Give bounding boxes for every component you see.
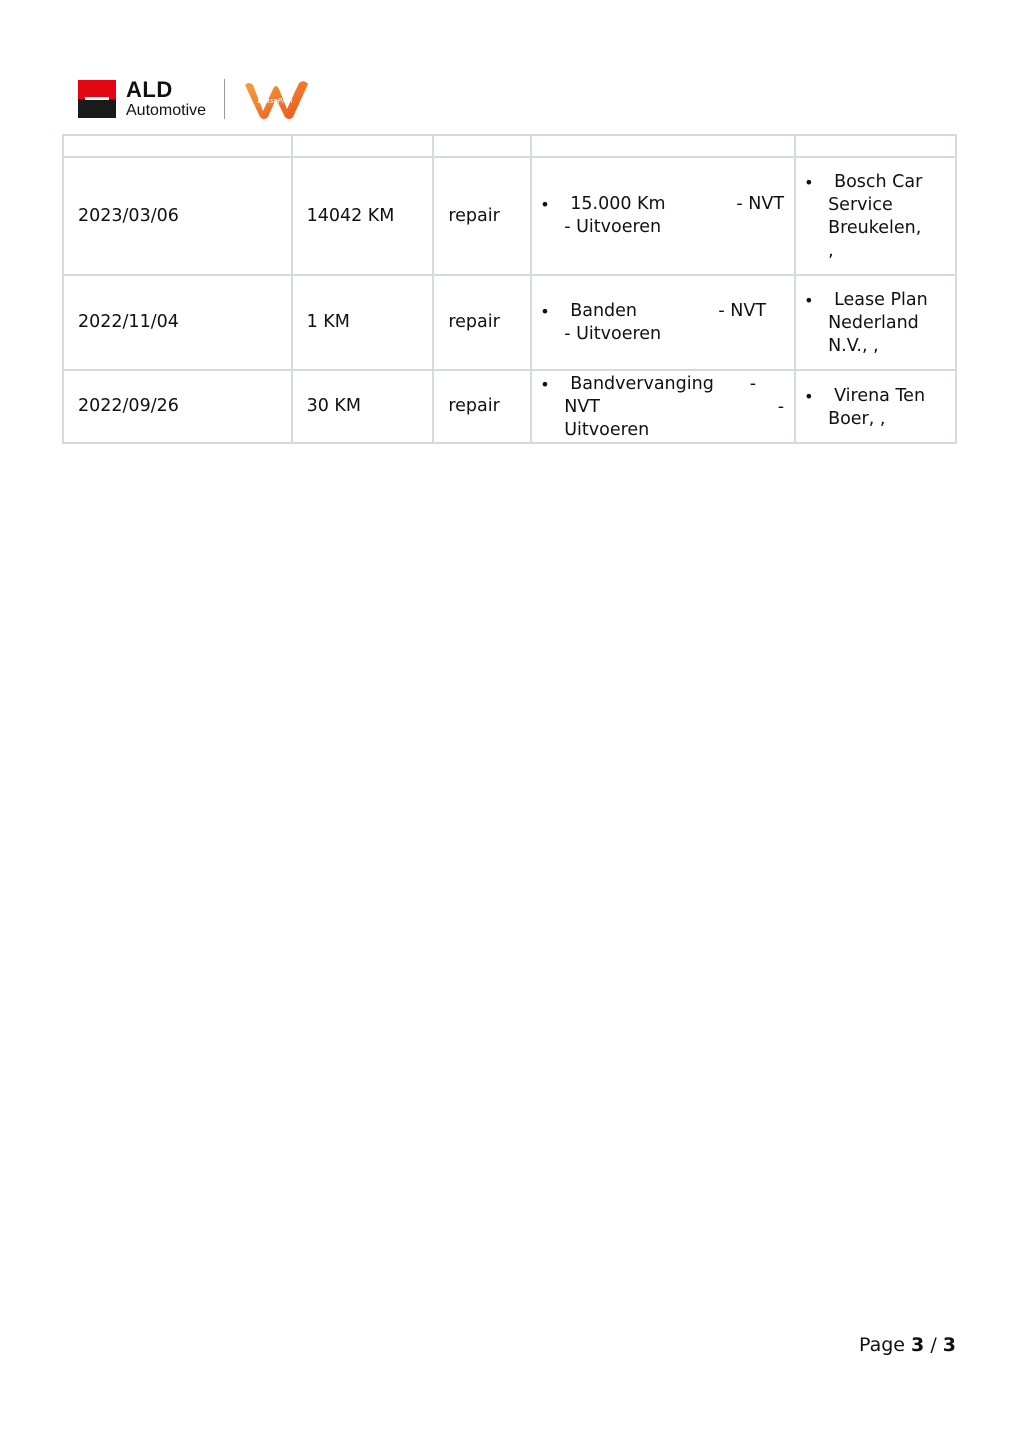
ald-logo-mark [78,80,116,118]
table-header-row [63,135,956,157]
mileage-cell: 1 KM [292,275,434,370]
maintenance-history-table: 2023/03/06 14042 KM repair • 15.000 Km -… [62,134,957,444]
work-text: Bandvervanging [570,373,714,396]
date-cell: 2022/09/26 [63,370,292,443]
date-cell: 2022/11/04 [63,275,292,370]
work-text: - [778,396,784,419]
work-text: - Uitvoeren [540,323,784,346]
supplier-text: Nederland [804,312,945,335]
automotive-wordmark: Automotive [126,103,206,119]
work-text: - NVT [718,300,766,323]
logo-divider [224,79,225,119]
supplier-text: Lease Plan [834,289,928,312]
supplier-text: Boer, , [804,408,945,431]
work-cell: • 15.000 Km - NVT - Uitvoeren [531,157,795,275]
work-text: NVT [564,396,600,419]
current-page: 3 [911,1334,924,1356]
bullet-icon: • [540,193,570,216]
page-label: Page [859,1334,905,1356]
type-cell: repair [433,370,531,443]
supplier-text: Breukelen, [804,217,945,240]
table-row: 2023/03/06 14042 KM repair • 15.000 Km -… [63,157,956,275]
work-text: - NVT [736,193,784,216]
supplier-text: N.V., , [804,335,945,358]
header-cell [531,135,795,157]
table-row: 2022/11/04 1 KM repair • Banden - NVT - … [63,275,956,370]
work-text: - Uitvoeren [540,216,784,239]
work-text: 15.000 Km [570,193,665,216]
work-cell: • Bandvervanging - NVT - Uitvoeren [531,370,795,443]
header-cell [795,135,956,157]
bullet-icon: • [804,289,834,312]
header-cell [63,135,292,157]
mileage-cell: 30 KM [292,370,434,443]
supplier-text: Service [804,194,945,217]
type-cell: repair [433,157,531,275]
mileage-cell: 14042 KM [292,157,434,275]
supplier-text: Virena Ten [834,385,925,408]
bullet-icon: • [804,385,834,408]
ald-logo-text: ALD Automotive [126,79,206,119]
work-text: - [750,373,756,396]
type-cell: repair [433,275,531,370]
bullet-icon: • [540,300,570,323]
work-text: Uitvoeren [540,419,784,442]
header-cell [292,135,434,157]
bullet-icon: • [540,373,570,396]
supplier-cell: • Virena Ten Boer, , [795,370,956,443]
bullet-icon: • [804,171,834,194]
ald-wordmark: ALD [126,79,206,101]
header-cell [433,135,531,157]
total-pages: 3 [943,1334,956,1356]
page-number: Page 3 / 3 [859,1334,956,1356]
work-cell: • Banden - NVT - Uitvoeren [531,275,795,370]
leaseplan-logo-icon: LeasePlan [241,77,313,121]
work-text: Banden [570,300,637,323]
supplier-text: Bosch Car [834,171,922,194]
svg-text:LeasePlan: LeasePlan [257,97,292,105]
supplier-cell: • Bosch Car Service Breukelen, , [795,157,956,275]
date-cell: 2023/03/06 [63,157,292,275]
header-logos: ALD Automotive LeasePlan [78,76,313,122]
supplier-text: , [804,240,945,263]
table-row: 2022/09/26 30 KM repair • Bandvervanging… [63,370,956,443]
page-separator: / [930,1334,936,1356]
supplier-cell: • Lease Plan Nederland N.V., , [795,275,956,370]
